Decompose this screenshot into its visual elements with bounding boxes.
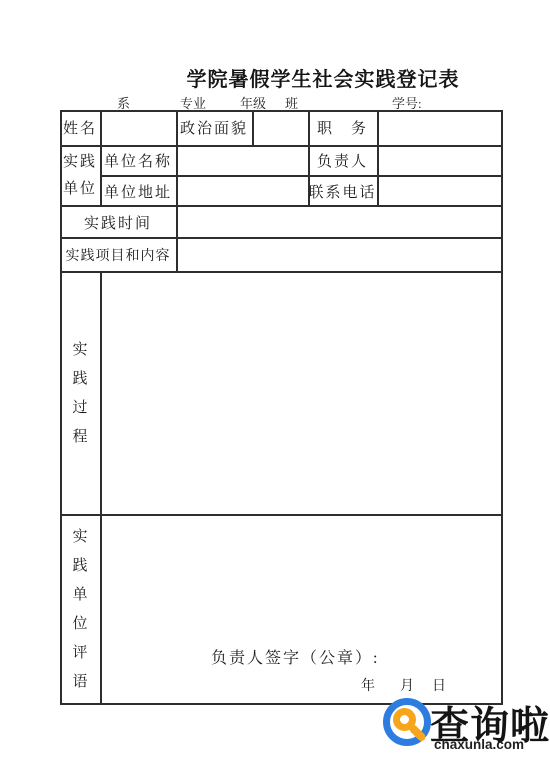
document-page: 学院暑假学生社会实践登记表 系 专业 年级 班 学号: 姓名 政治面貌 职 务 …	[0, 0, 550, 778]
unit-comment-label: 实践单位评语	[60, 516, 100, 703]
practice-content-value-cell	[178, 239, 501, 271]
date-day-label: 日	[432, 675, 446, 695]
duty-label: 职 务	[308, 110, 377, 145]
unit-address-value-cell	[178, 176, 308, 206]
duty-value-cell	[379, 110, 501, 145]
table-right-border	[501, 110, 503, 705]
unit-comment-label-text: 实践单位评语	[72, 523, 89, 697]
signature-label: 负责人签字（公章）:	[211, 645, 379, 668]
practice-content-label: 实践项目和内容	[60, 239, 176, 271]
brand-domain: chaxunla.com	[434, 737, 524, 752]
contact-phone-value-cell	[379, 176, 501, 206]
magnifier-logo-icon	[381, 694, 433, 750]
leader-value-cell	[379, 145, 501, 176]
name-label: 姓名	[60, 110, 100, 145]
practice-process-value-cell	[102, 273, 501, 514]
unit-name-label: 单位名称	[100, 145, 176, 176]
practice-time-label: 实践时间	[60, 207, 176, 237]
practice-process-label-text: 实践过程	[72, 336, 89, 452]
chaxunla-logo[interactable]: 查询啦 chaxunla.com	[381, 694, 550, 758]
political-status-label: 政治面貌	[176, 110, 252, 145]
unit-address-label: 单位地址	[100, 176, 176, 206]
political-status-value-cell	[254, 110, 308, 145]
practice-time-value-cell	[178, 207, 501, 237]
practice-process-label: 实践过程	[60, 273, 100, 514]
page-title: 学院暑假学生社会实践登记表	[150, 63, 496, 89]
date-month-label: 月	[400, 675, 414, 695]
contact-phone-label: 联系电话	[308, 176, 377, 206]
unit-name-value-cell	[178, 145, 308, 176]
practice-unit-label: 实践单位	[60, 145, 100, 207]
leader-label: 负责人	[308, 145, 377, 176]
practice-unit-label-text: 实践单位	[63, 149, 97, 203]
name-value-cell	[102, 110, 176, 145]
date-year-label: 年	[361, 675, 375, 695]
